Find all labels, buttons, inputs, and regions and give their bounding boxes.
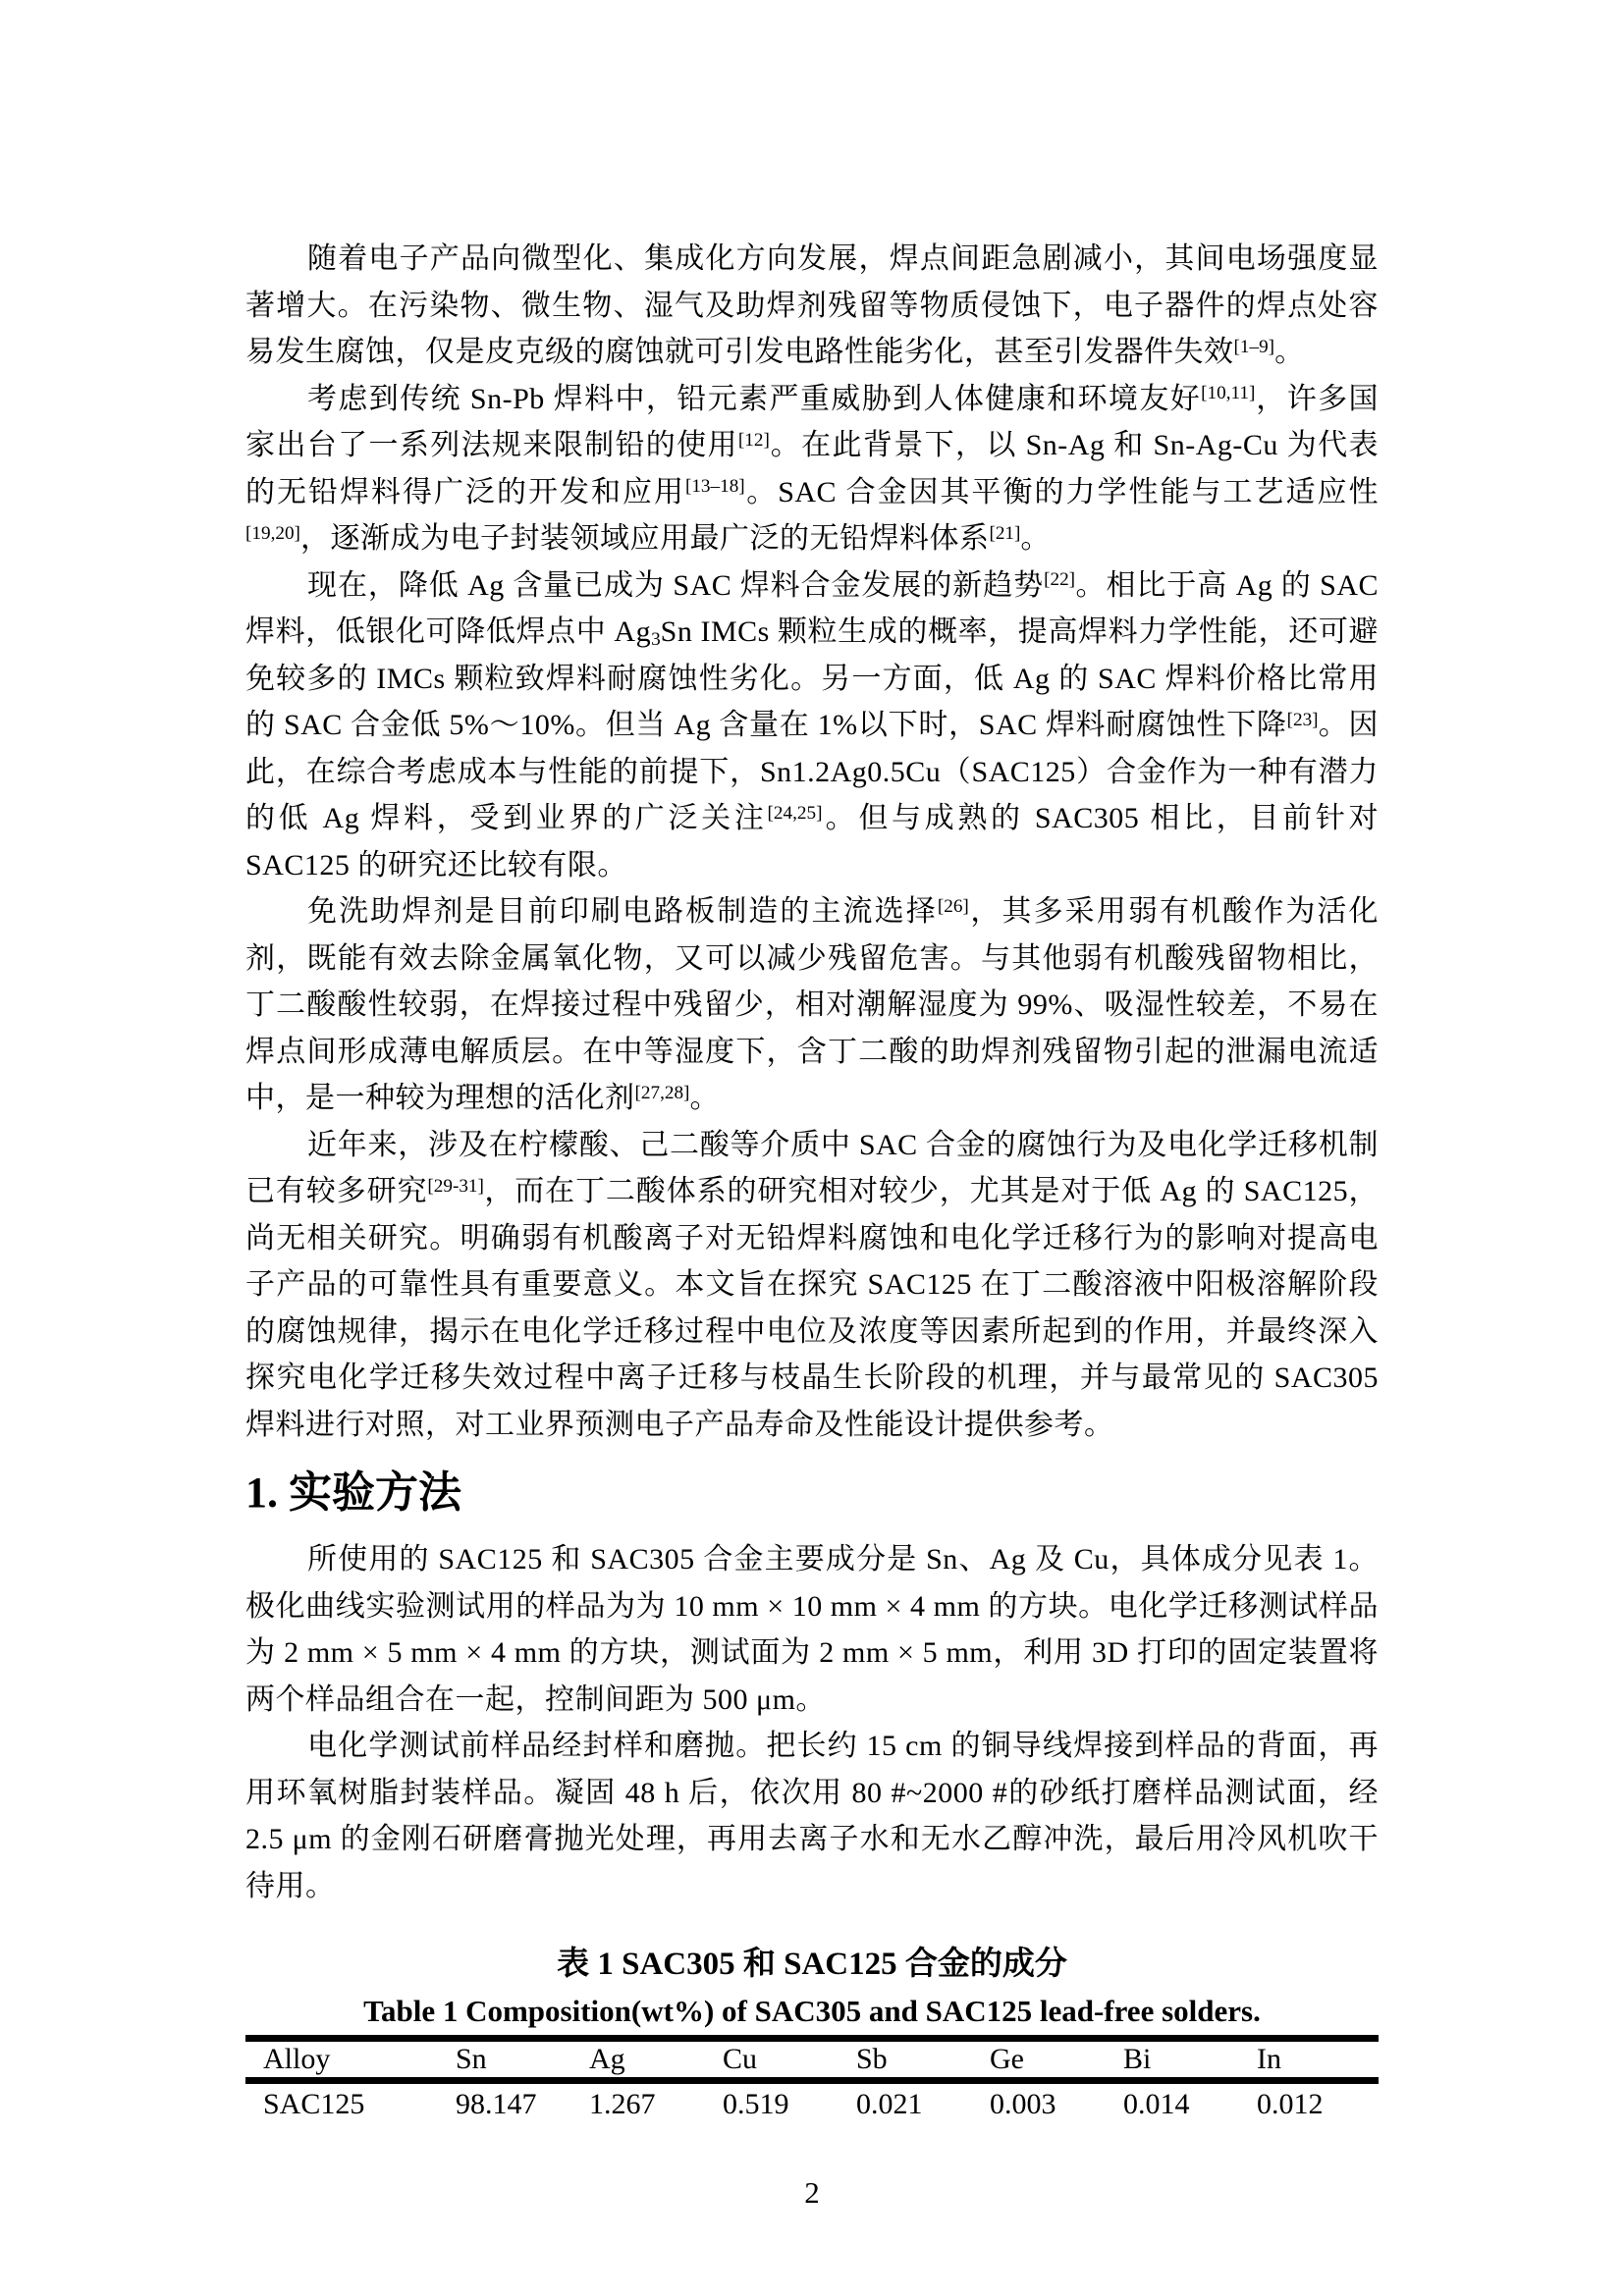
table-caption-en: Table 1 Composition(wt%) of SAC305 and S…	[245, 1988, 1379, 2034]
section-heading-experimental-method: 1. 实验方法	[245, 1464, 1379, 1522]
table-header-cell: Alloy	[245, 2039, 444, 2081]
table-header-cell: Sn	[444, 2039, 577, 2081]
table-header-cell: Sb	[844, 2039, 978, 2081]
table-caption-zh: 表 1 SAC305 和 SAC125 合金的成分	[245, 1942, 1379, 1988]
document-page: 随着电子产品向微型化、集成化方向发展，焊点间距急剧减小，其间电场强度显著增大。在…	[0, 0, 1624, 2296]
intro-paragraph-4: 免洗助焊剂是目前印刷电路板制造的主流选择[26]，其多采用弱有机酸作为活化剂，既…	[245, 888, 1379, 1122]
method-paragraph-2: 电化学测试前样品经封样和磨抛。把长约 15 cm 的铜导线焊接到样品的背面，再用…	[245, 1723, 1379, 1909]
citation-marker: [1–9]	[1234, 337, 1275, 357]
citation-marker: [27,28]	[635, 1083, 690, 1103]
citation-marker: [21]	[989, 523, 1020, 544]
table-cell: SAC125	[245, 2081, 444, 2125]
composition-table: AlloySnAgCuSbGeBiIn SAC12598.1471.2670.5…	[245, 2035, 1379, 2124]
table-cell: 0.014	[1111, 2081, 1245, 2125]
table-cell: 0.012	[1245, 2081, 1379, 2125]
table-header-cell: Ag	[577, 2039, 711, 2081]
citation-marker: [24,25]	[768, 803, 823, 824]
intro-paragraph-2: 考虑到传统 Sn-Pb 焊料中，铅元素严重威胁到人体健康和环境友好[10,11]…	[245, 376, 1379, 562]
citation-marker: [19,20]	[245, 523, 300, 544]
intro-paragraph-1: 随着电子产品向微型化、集成化方向发展，焊点间距急剧减小，其间电场强度显著增大。在…	[245, 236, 1379, 376]
table-header-cell: Bi	[1111, 2039, 1245, 2081]
citation-marker: [22]	[1044, 569, 1075, 590]
table-cell: 0.519	[711, 2081, 844, 2125]
table-cell: 0.003	[978, 2081, 1111, 2125]
table-header-cell: In	[1245, 2039, 1379, 2081]
page-number: 2	[245, 2175, 1379, 2211]
table-header-cell: Ge	[978, 2039, 1111, 2081]
citation-marker: [29-31]	[427, 1176, 484, 1197]
table-cell: 98.147	[444, 2081, 577, 2125]
subscript-text: 3	[651, 629, 661, 650]
citation-marker: [23]	[1287, 710, 1319, 730]
table-header-row: AlloySnAgCuSbGeBiIn	[245, 2039, 1379, 2081]
citation-marker: [26]	[938, 896, 969, 917]
intro-paragraph-5: 近年来，涉及在柠檬酸、己二酸等介质中 SAC 合金的腐蚀行为及电化学迁移机制已有…	[245, 1122, 1379, 1449]
citation-marker: [13–18]	[685, 476, 745, 497]
method-paragraph-1: 所使用的 SAC125 和 SAC305 合金主要成分是 Sn、Ag 及 Cu，…	[245, 1536, 1379, 1723]
table-header-cell: Cu	[711, 2039, 844, 2081]
table-cell: 0.021	[844, 2081, 978, 2125]
intro-paragraph-3: 现在，降低 Ag 含量已成为 SAC 焊料合金发展的新趋势[22]。相比于高 A…	[245, 562, 1379, 889]
table-cell: 1.267	[577, 2081, 711, 2125]
citation-marker: [10,11]	[1201, 383, 1255, 403]
table-row: SAC12598.1471.2670.5190.0210.0030.0140.0…	[245, 2081, 1379, 2125]
citation-marker: [12]	[738, 430, 770, 451]
